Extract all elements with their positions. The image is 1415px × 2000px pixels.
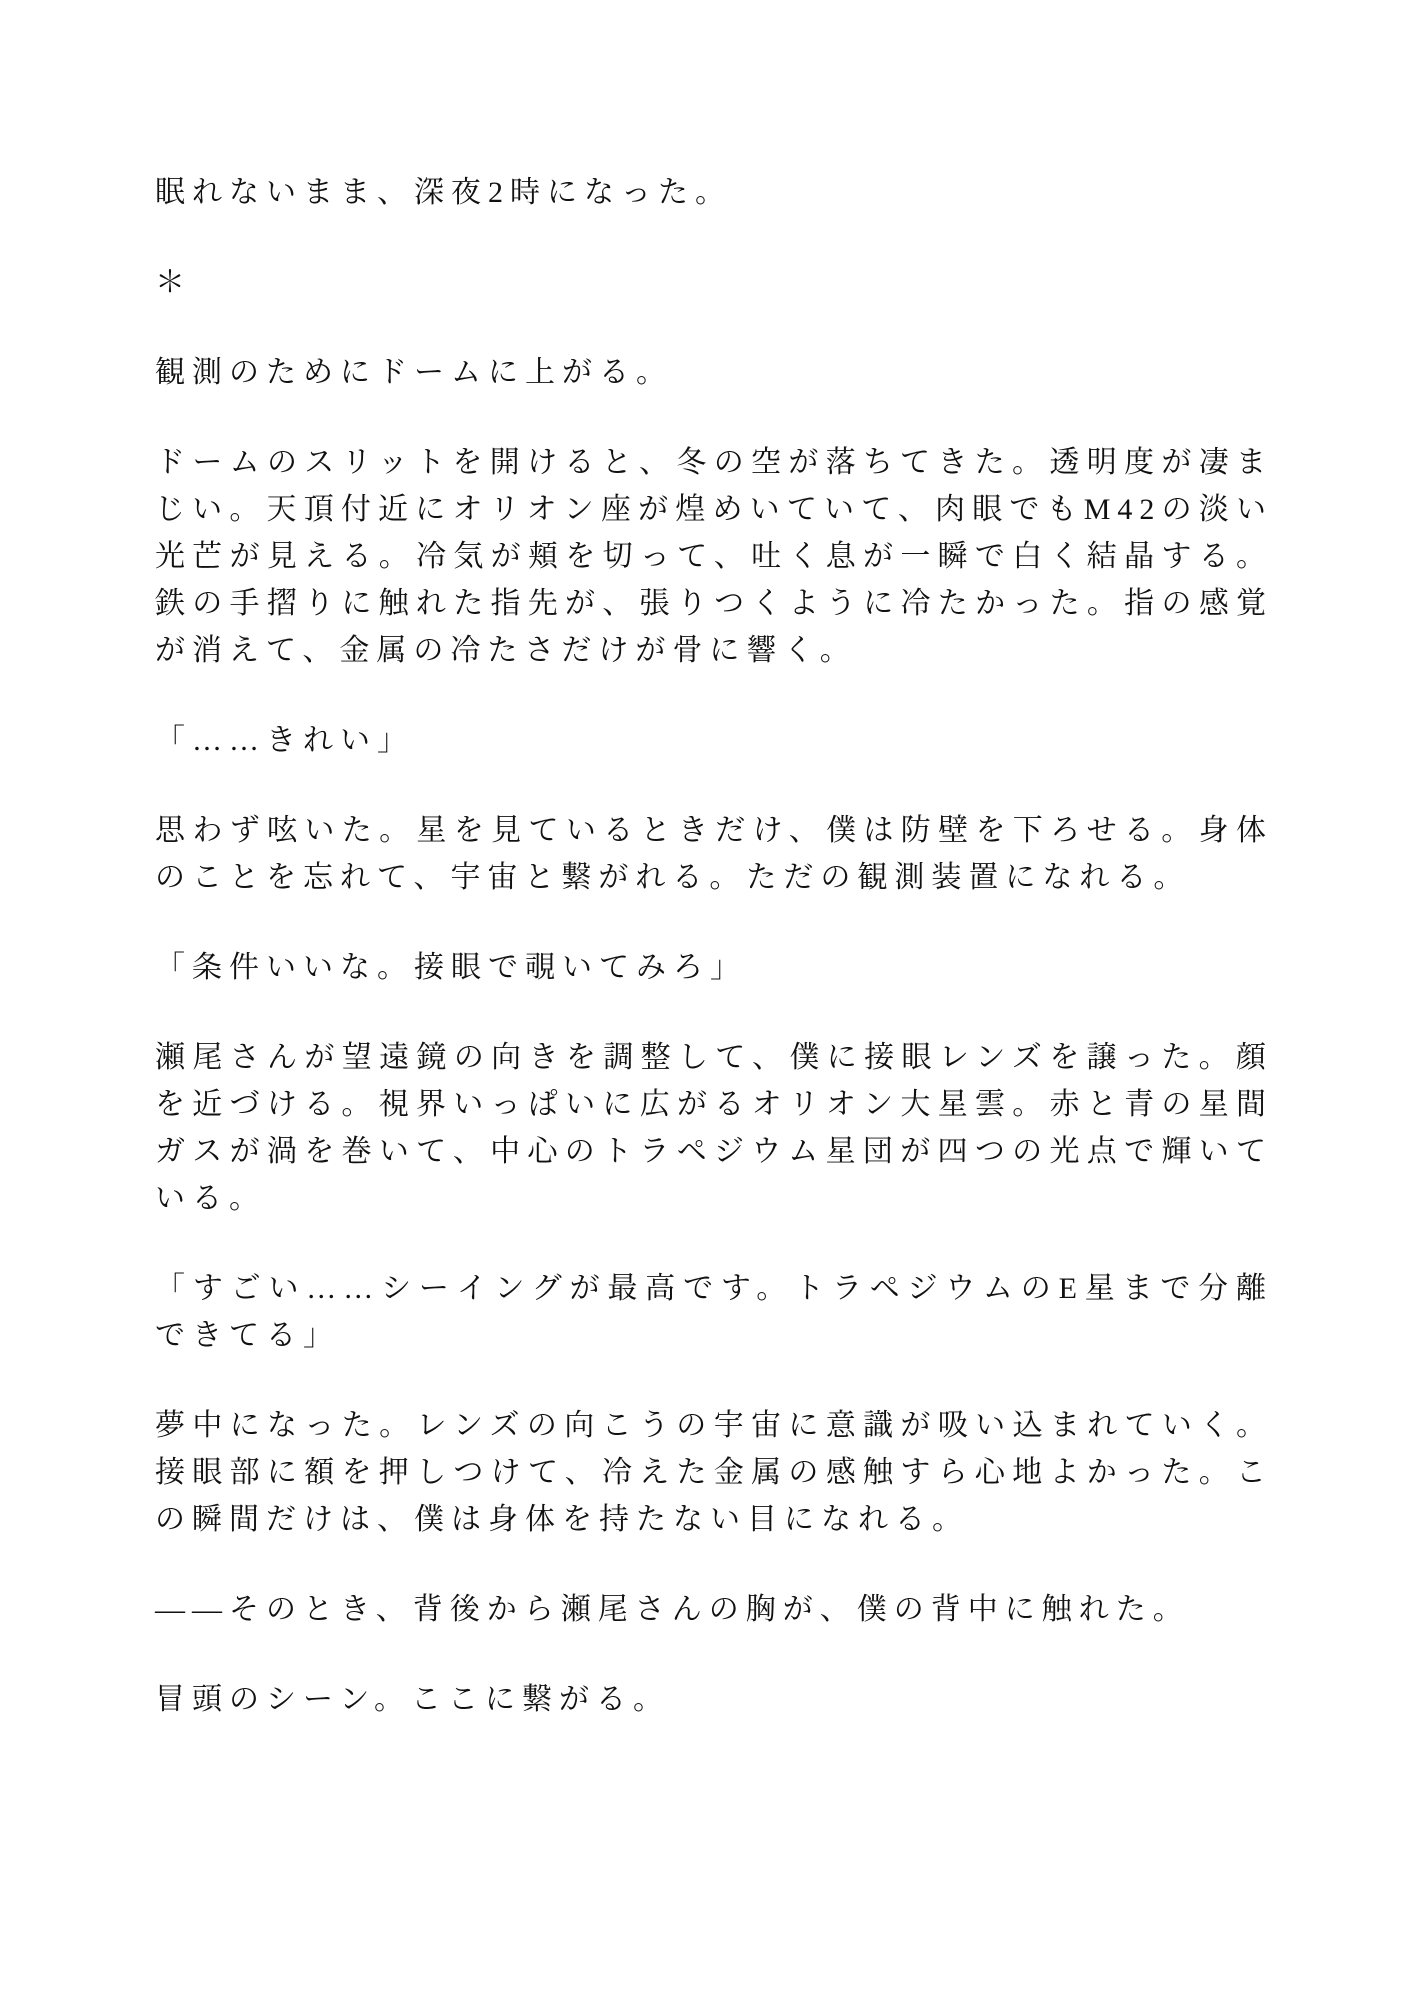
scene-separator: ＊ — [155, 259, 1273, 306]
paragraph-telescope: 瀬尾さんが望遠鏡の向きを調整して、僕に接眼レンズを譲った。顔を近づける。視界いっ… — [155, 1034, 1273, 1222]
paragraph-time: 眠れないまま、深夜2時になった。 — [155, 169, 1273, 216]
quote-kirei: 「……きれい」 — [155, 717, 1273, 764]
paragraph-murmur: 思わず呟いた。星を見ているときだけ、僕は防壁を下ろせる。身体のことを忘れて、宇宙… — [155, 807, 1273, 901]
paragraph-absorbed: 夢中になった。レンズの向こうの宇宙に意識が吸い込まれていく。接眼部に額を押しつけ… — [155, 1402, 1273, 1543]
quote-seeing: 「すごい……シーイングが最高です。トラペジウムのE星まで分離できてる」 — [155, 1265, 1273, 1359]
quote-conditions: 「条件いいな。接眼で覗いてみろ」 — [155, 944, 1273, 991]
paragraph-winter-sky: ドームのスリットを開けると、冬の空が落ちてきた。透明度が凄まじい。天頂付近にオリ… — [155, 439, 1273, 674]
story-text-block: 眠れないまま、深夜2時になった。 ＊ 観測のためにドームに上がる。 ドームのスリ… — [155, 169, 1273, 1723]
paragraph-touch: ——そのとき、背後から瀬尾さんの胸が、僕の背中に触れた。 — [155, 1586, 1273, 1633]
paragraph-opening-scene: 冒頭のシーン。ここに繋がる。 — [155, 1676, 1273, 1723]
document-page: 眠れないまま、深夜2時になった。 ＊ 観測のためにドームに上がる。 ドームのスリ… — [0, 0, 1415, 2000]
paragraph-dome: 観測のためにドームに上がる。 — [155, 349, 1273, 396]
